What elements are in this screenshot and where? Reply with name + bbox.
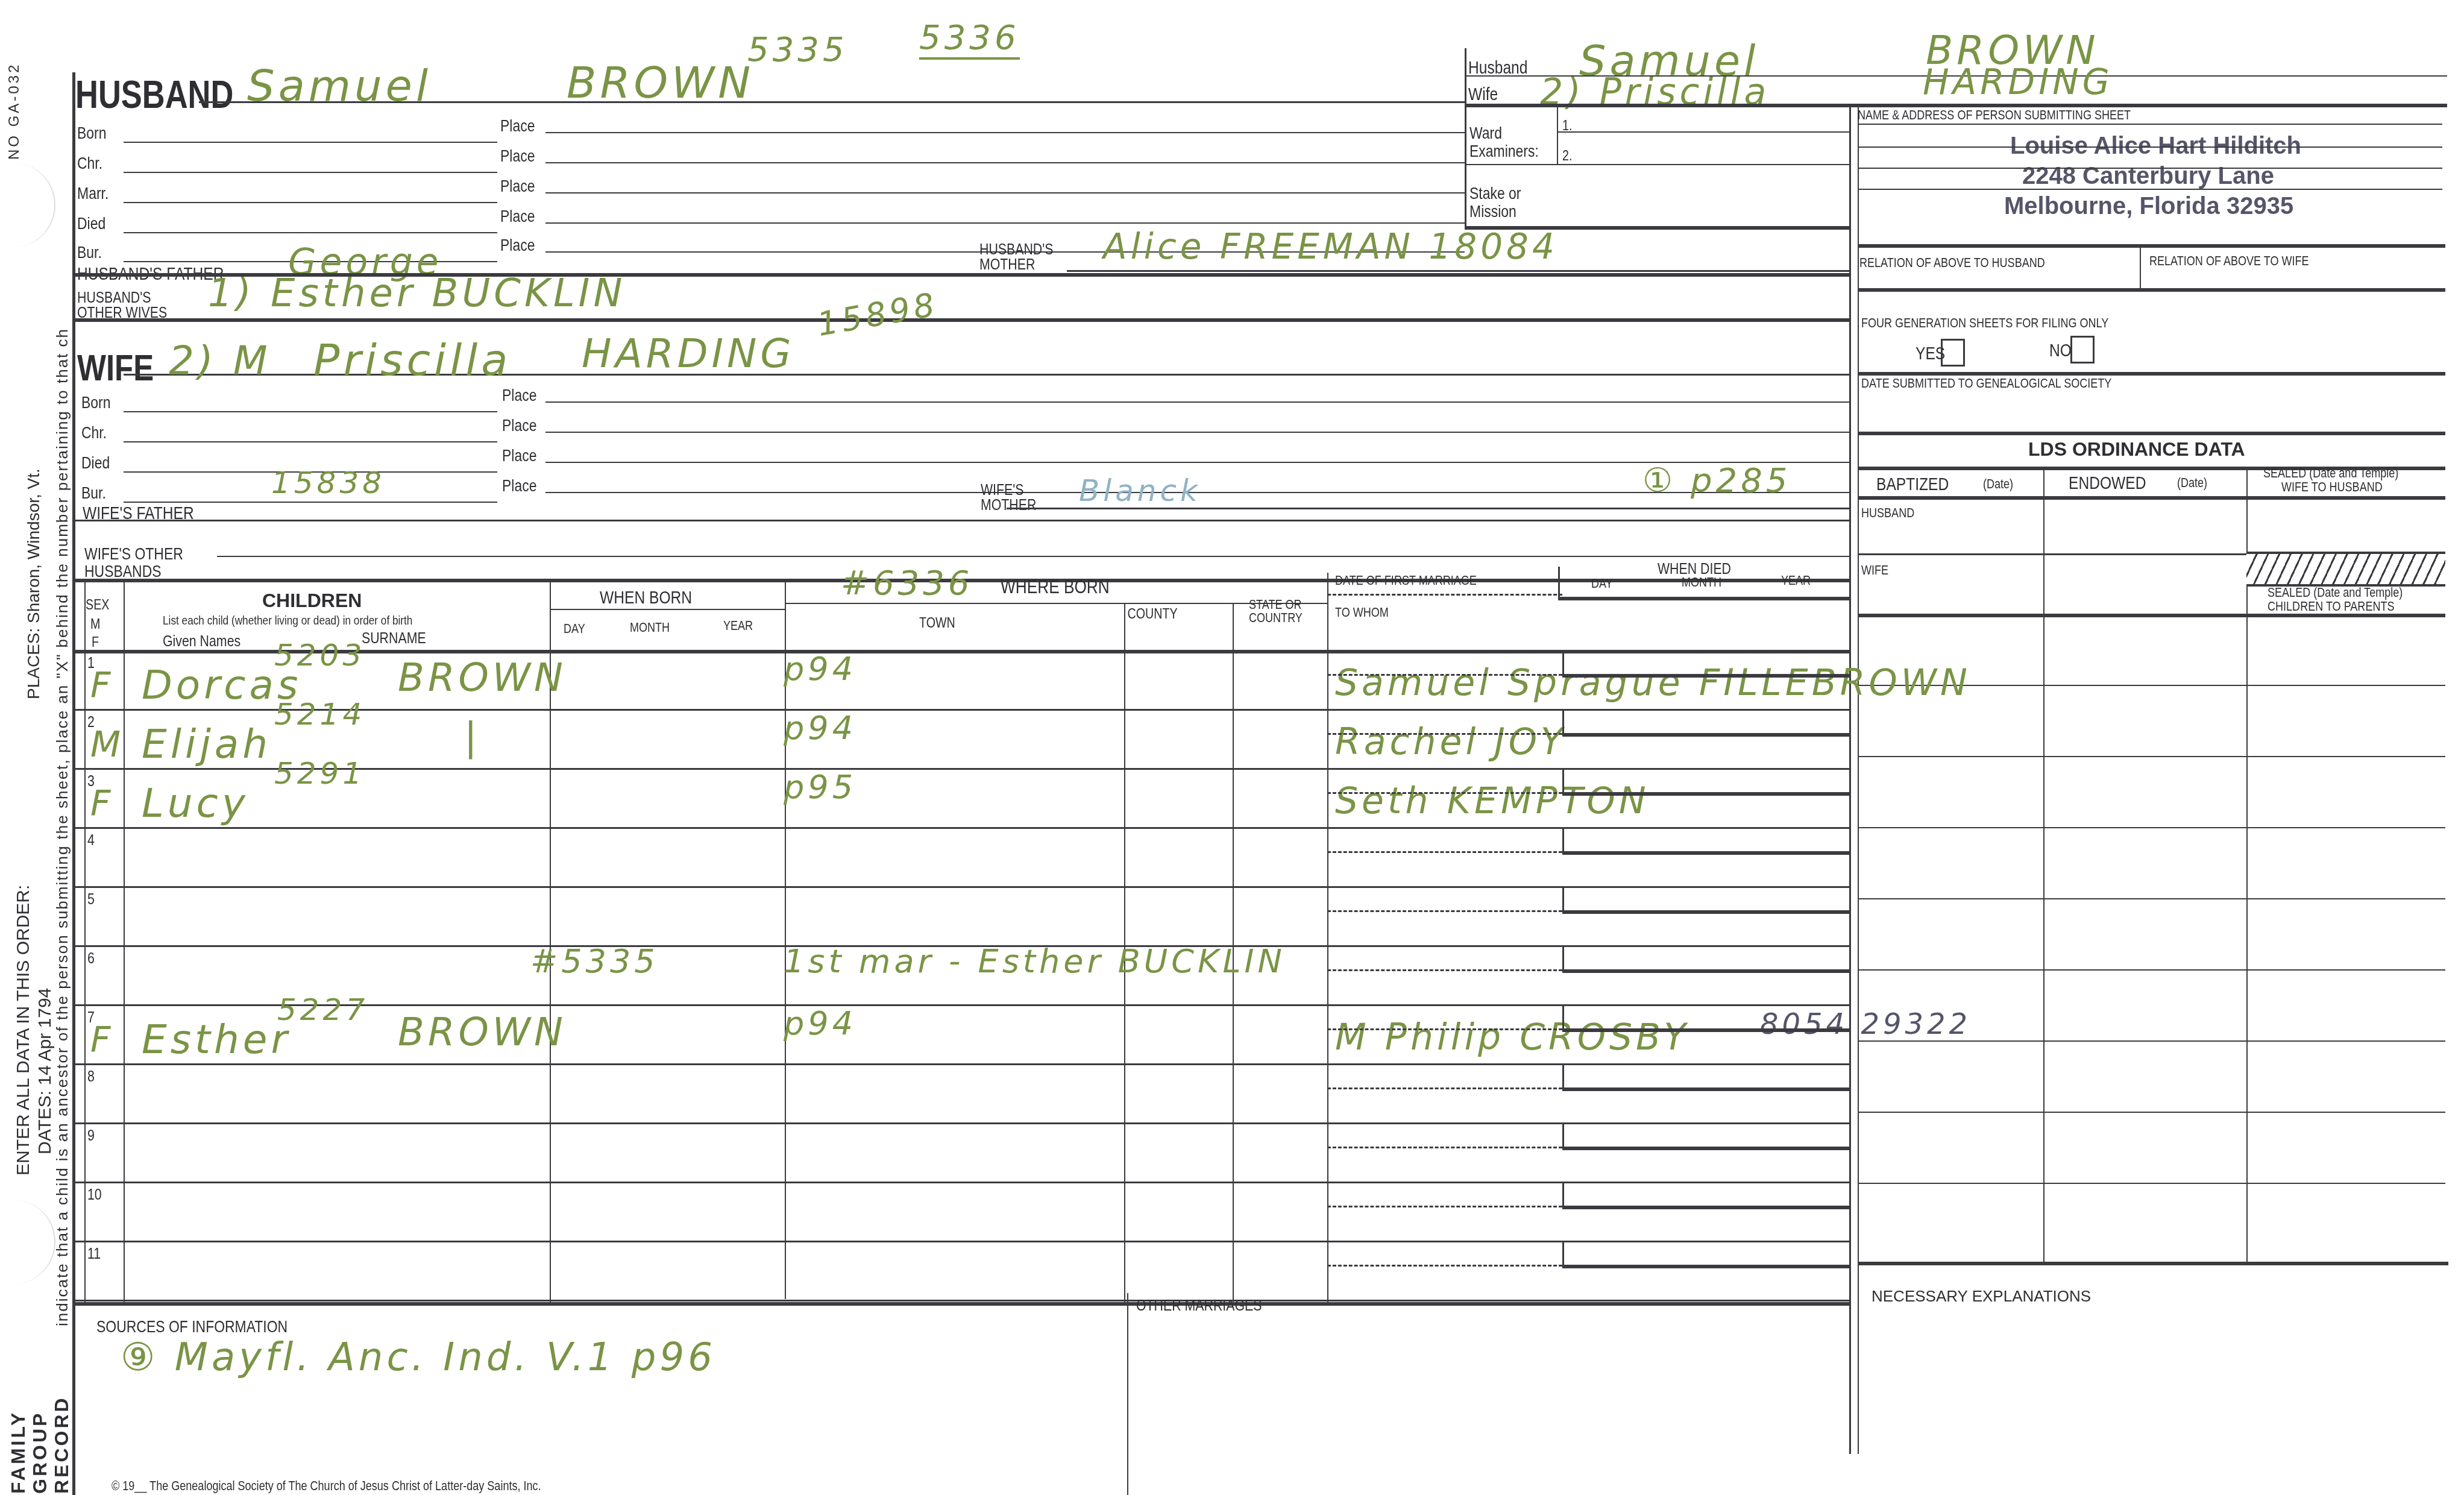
wife-date-line[interactable] <box>124 441 497 442</box>
divider <box>1327 594 1562 596</box>
sex-header: SEX <box>86 597 109 614</box>
divider <box>1562 1265 1850 1268</box>
children-subtitle: List each child (whether living or dead)… <box>163 614 412 628</box>
divider <box>1562 768 1564 795</box>
where-born-note: #6336 <box>841 564 973 603</box>
examiner-2[interactable]: 2. <box>1562 148 1572 165</box>
child-row[interactable] <box>75 886 1850 945</box>
divider <box>1562 1182 1564 1208</box>
instruction-dates: DATES: 14 Apr 1794 <box>35 988 55 1154</box>
divider <box>1327 792 1562 794</box>
divider <box>550 609 785 610</box>
died-year-header: YEAR <box>1781 573 1811 588</box>
divider <box>1327 1265 1562 1267</box>
other-marriages-label: OTHER MARRIAGES <box>1136 1296 1262 1315</box>
divider <box>1562 792 1850 796</box>
ward-label-2: Examiners: <box>1469 142 1539 161</box>
husband-mother-label-2: MOTHER <box>979 255 1035 274</box>
wife-other-husbands-line <box>217 556 1850 557</box>
no-label: NO <box>2049 341 2072 361</box>
divider <box>1558 597 1850 600</box>
wife-date-line[interactable] <box>124 411 497 412</box>
divider <box>1557 104 1558 164</box>
divider <box>2043 467 2044 1262</box>
divider <box>1327 1028 1562 1030</box>
lds-sealed-header-2: WIFE TO HUSBAND <box>2281 479 2383 495</box>
divider <box>1858 969 2445 971</box>
divider <box>1562 851 1850 855</box>
husband-other-wives-value[interactable]: 1) Esther BUCKLIN <box>208 271 626 316</box>
divider <box>1858 827 2445 828</box>
child-id-number: 5203 <box>274 638 365 673</box>
surname-header: SURNAME <box>362 629 426 647</box>
instruction-places: PLACES: Sharon, Windsor, Vt. <box>24 468 43 699</box>
child-sex[interactable]: M <box>90 724 124 765</box>
child-surname[interactable]: | <box>464 715 481 760</box>
yes-checkbox[interactable] <box>1941 339 1965 367</box>
form-code: NO GA-032 <box>6 63 23 160</box>
town-header: TOWN <box>919 615 955 632</box>
side-title-record: RECORD <box>51 1396 73 1494</box>
divider <box>1562 910 1850 914</box>
husband-given-name[interactable]: Samuel <box>247 60 432 111</box>
sex-header-f: F <box>92 634 99 651</box>
wife-date-value[interactable]: 15838 <box>271 465 385 500</box>
right-panel-border-inner <box>1858 104 1859 1454</box>
husband-place-label: Place <box>500 207 535 226</box>
divider <box>1327 733 1562 735</box>
punch-hole <box>0 163 55 247</box>
wife-other-husbands-label-1: WIFE'S OTHER <box>84 544 183 564</box>
wife-mother-label-2: MOTHER <box>981 496 1036 514</box>
wife-place-label: Place <box>502 416 536 435</box>
stake-label-1: Stake or <box>1469 184 1521 203</box>
submitter-label: NAME & ADDRESS OF PERSON SUBMITTING SHEE… <box>1858 107 2131 123</box>
divider <box>1562 674 1850 678</box>
hatched-block <box>2246 552 2445 587</box>
county-header: COUNTY <box>1124 606 1181 623</box>
wife-field-label: Born <box>81 393 111 412</box>
side-title-family: FAMILY <box>7 1411 30 1494</box>
sources-top-border <box>75 1302 1850 1306</box>
child-row-number: 5 <box>87 890 95 908</box>
divider <box>1327 910 1562 912</box>
child-surname[interactable]: BROWN <box>398 656 567 700</box>
divider <box>1465 226 1850 230</box>
child-sex[interactable]: F <box>90 1019 114 1060</box>
divider <box>1858 1262 2448 1265</box>
husband-heading: HUSBAND <box>75 72 233 117</box>
wife-place-label: Place <box>502 476 536 496</box>
lds-row-wife: WIFE <box>1861 562 1888 578</box>
child-sex[interactable]: F <box>90 665 114 706</box>
wife-mother-line <box>1007 508 1850 509</box>
divider <box>1327 674 1562 676</box>
child-birth-town[interactable]: p94 <box>784 709 856 747</box>
child-extra-numbers: 8054 29322 <box>1760 1007 1971 1041</box>
divider <box>1858 124 2442 125</box>
divider <box>1858 432 2445 435</box>
divider <box>1858 288 2445 292</box>
divider <box>1858 756 2445 757</box>
wife-heading: WIFE <box>77 347 154 389</box>
copyright: © 19__ The Genealogical Society of The C… <box>112 1478 541 1494</box>
divider <box>1562 1241 1564 1267</box>
wife-place-label: Place <box>502 446 536 465</box>
divider <box>1562 945 1564 972</box>
child-given-name[interactable]: Elijah <box>142 721 271 767</box>
child-row[interactable] <box>75 1182 1850 1241</box>
divider <box>1858 614 2445 617</box>
wife-prefix: 2) M <box>169 338 271 384</box>
child-surname[interactable]: BROWN <box>398 1010 567 1055</box>
died-day-header: DAY <box>1591 576 1613 591</box>
annotation-5336: 5336 <box>919 18 1020 60</box>
husband-surname[interactable]: BROWN <box>567 57 754 108</box>
divider <box>1327 1206 1562 1207</box>
husband-field-label: Marr. <box>77 184 108 203</box>
child-birth-town[interactable]: p94 <box>784 650 856 688</box>
husband-field-label: Bur. <box>77 243 102 262</box>
instruction-ancestor-note: indicate that a child is an ancestor of … <box>53 328 72 1326</box>
divider <box>1562 709 1564 735</box>
where-born-header: WHERE BORN <box>1001 576 1110 598</box>
lds-sealed-children-2: CHILDREN TO PARENTS <box>2268 599 2395 614</box>
divider <box>1562 1087 1850 1091</box>
child-id-number: 5227 <box>277 992 368 1027</box>
husband-date-line[interactable] <box>124 142 497 143</box>
husband-place-line[interactable] <box>545 222 1465 224</box>
children-title: CHILDREN <box>262 590 362 612</box>
divider <box>1562 1004 1564 1031</box>
divider <box>1562 1028 1850 1032</box>
wife-surname[interactable]: HARDING <box>582 330 794 377</box>
annotation-5335: 5335 <box>747 30 848 69</box>
necessary-explanations-label: NECESSARY EXPLANATIONS <box>1872 1287 2091 1306</box>
wife-date-line[interactable] <box>124 502 497 503</box>
child-row[interactable] <box>75 827 1850 886</box>
husband-mother-value[interactable]: Alice FREEMAN 18084 <box>1103 226 1558 267</box>
husband-field-label: Born <box>77 124 107 143</box>
divider <box>1327 1147 1562 1148</box>
child-row-number: 10 <box>87 1185 102 1204</box>
date-submitted-label: DATE SUBMITTED TO GENEALOGICAL SOCIETY <box>1861 376 2111 391</box>
divider <box>1327 969 1562 971</box>
state-header-2: COUNTRY <box>1249 610 1303 626</box>
born-day-header: DAY <box>564 621 585 637</box>
husband-date-line[interactable] <box>124 232 497 233</box>
child-spouse[interactable]: M Philip CROSBY <box>1335 1016 1689 1059</box>
child-id-number: 5214 <box>274 697 365 732</box>
husband-date-line[interactable] <box>124 202 497 203</box>
divider <box>1858 244 2445 248</box>
wife-field-label: Bur. <box>81 483 106 503</box>
divider <box>785 603 1327 604</box>
divider <box>1562 886 1564 913</box>
header-wife-surname[interactable]: HARDING <box>1923 61 2113 102</box>
relation-husband-label: RELATION OF ABOVE TO HUSBAND <box>1859 255 2045 271</box>
lds-endowed-date-hint: (Date) <box>2177 475 2207 491</box>
child-row[interactable] <box>75 1241 1850 1300</box>
wife-given-name[interactable]: Priscilla <box>313 335 511 385</box>
husband-place-line[interactable] <box>545 192 1465 194</box>
lds-endowed-header: ENDOWED <box>2069 473 2146 494</box>
given-names-header: Given Names <box>163 632 240 650</box>
husband-place-label: Place <box>500 146 535 166</box>
died-month-header: MONTH <box>1682 574 1721 590</box>
divider <box>1858 898 2445 899</box>
child-surname[interactable]: #5335 <box>530 942 659 980</box>
wife-source-note: ① p285 <box>1642 461 1791 500</box>
wife-place-line[interactable] <box>545 401 1850 403</box>
punch-hole <box>0 1200 55 1284</box>
side-title-group: GROUP <box>29 1411 51 1494</box>
divider <box>1562 733 1850 737</box>
child-row-number: 11 <box>87 1244 101 1263</box>
divider <box>1858 1183 2445 1184</box>
wife-place-label: Place <box>502 386 536 405</box>
divider <box>1127 1293 1128 1495</box>
divider <box>1557 131 1849 133</box>
first-marriage-header: DATE OF FIRST MARRIAGE <box>1335 573 1477 588</box>
divider <box>1858 168 2442 169</box>
husband-place-label: Place <box>500 177 535 196</box>
husband-mother-line <box>1067 270 1850 272</box>
wife-field-label: Chr. <box>81 423 107 442</box>
divider <box>1562 1206 1850 1209</box>
divider <box>1858 1112 2445 1113</box>
husband-date-line[interactable] <box>124 172 497 173</box>
instruction-order: ENTER ALL DATA IN THIS ORDER: <box>13 885 34 1176</box>
child-spouse[interactable]: Rachel JOY <box>1335 721 1567 763</box>
husband-field-label: Chr. <box>77 154 102 173</box>
wife-annotation: 15898 <box>814 285 941 344</box>
divider <box>1858 496 2445 500</box>
born-month-header: MONTH <box>630 620 670 635</box>
child-row-number: 9 <box>87 1126 95 1145</box>
to-whom-header: TO WHOM <box>1335 605 1389 620</box>
husband-place-label: Place <box>500 116 535 136</box>
child-birth-town[interactable]: p94 <box>784 1004 856 1042</box>
four-gen-label: FOUR GENERATION SHEETS FOR FILING ONLY <box>1861 315 2108 331</box>
child-sex[interactable]: F <box>90 783 114 824</box>
husband-place-label: Place <box>500 236 535 255</box>
divider <box>1562 827 1564 854</box>
child-spouse[interactable]: Seth KEMPTON <box>1335 780 1650 822</box>
child-birth-town[interactable]: p95 <box>784 768 856 806</box>
divider <box>1327 851 1562 853</box>
child-given-name[interactable]: Lucy <box>142 780 249 826</box>
wife-place-line[interactable] <box>545 432 1850 433</box>
divider <box>75 318 1850 322</box>
no-checkbox[interactable] <box>2070 336 2095 364</box>
divider <box>1562 650 1564 676</box>
divider <box>1562 1122 1564 1149</box>
submitter-line-2: 2248 Canterbury Lane <box>2022 163 2274 190</box>
when-born-header: WHEN BORN <box>600 588 692 608</box>
lds-baptized-header: BAPTIZED <box>1876 474 1949 495</box>
child-id-number: 5291 <box>274 756 365 791</box>
wife-mother-value[interactable]: Blanck <box>1079 473 1201 508</box>
sources-label: SOURCES OF INFORMATION <box>96 1317 288 1336</box>
submitter-line-3: Melbourne, Florida 32935 <box>2004 193 2293 220</box>
stake-label-2: Mission <box>1469 202 1516 221</box>
divider <box>1562 969 1850 973</box>
child-birth-town[interactable]: 1st mar - Esther BUCKLIN <box>784 942 1286 980</box>
born-year-header: YEAR <box>723 618 753 634</box>
lds-title: LDS ORDINANCE DATA <box>2028 438 2245 461</box>
divider <box>1465 164 1850 165</box>
divider <box>75 520 1850 521</box>
husband-place-line[interactable] <box>545 132 1465 133</box>
divider <box>2140 244 2141 289</box>
ward-label-1: Ward <box>1469 124 1502 143</box>
relation-wife-label: RELATION OF ABOVE TO WIFE <box>2149 253 2309 269</box>
divider <box>1327 1087 1562 1089</box>
child-spouse[interactable]: Samuel Sprague FILLEBROWN <box>1335 662 1971 704</box>
child-row-number: 6 <box>87 949 95 968</box>
divider <box>1562 1147 1850 1150</box>
divider <box>75 1300 1850 1301</box>
lds-row-husband: HUSBAND <box>1861 505 1914 521</box>
child-row-number: 4 <box>87 831 95 849</box>
husband-field-label: Died <box>77 214 105 233</box>
child-row-number: 8 <box>87 1067 95 1086</box>
divider <box>1562 1063 1564 1090</box>
sources-value[interactable]: ⑨ Mayfl. Anc. Ind. V.1 p96 <box>121 1335 716 1380</box>
divider <box>1558 567 1560 600</box>
divider <box>1858 146 2442 148</box>
child-row[interactable] <box>75 1122 1850 1182</box>
child-given-name[interactable]: Esther <box>142 1016 291 1063</box>
husband-place-line[interactable] <box>545 162 1465 163</box>
sex-header-m: M <box>90 616 100 633</box>
header-wife-label: Wife <box>1468 84 1498 105</box>
lds-baptized-date-hint: (Date) <box>1983 476 2013 492</box>
wife-field-label: Died <box>81 453 110 473</box>
child-row[interactable] <box>75 1063 1850 1122</box>
divider <box>1858 189 2442 190</box>
